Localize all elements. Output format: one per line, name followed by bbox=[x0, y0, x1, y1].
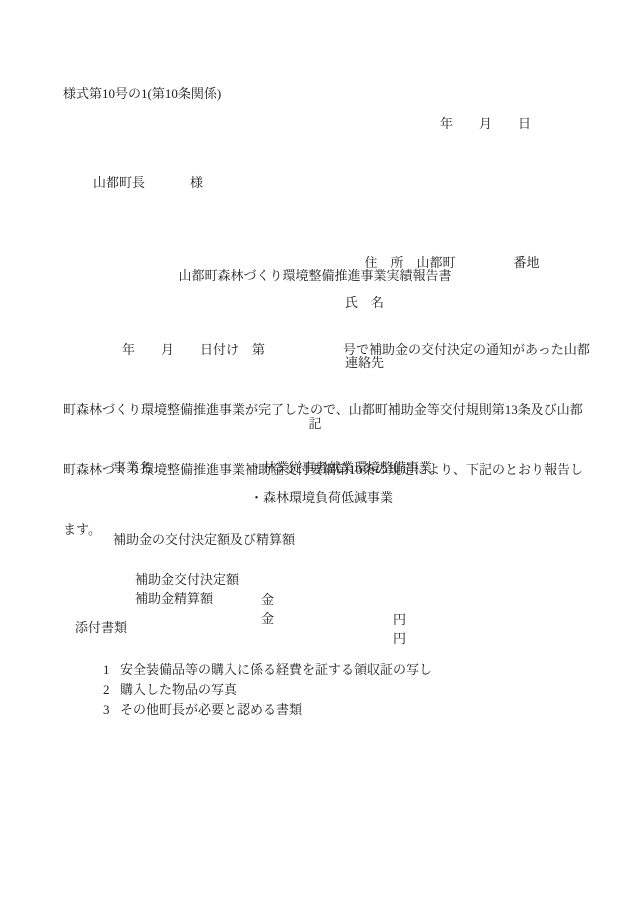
subsidy-row-label: 補助金精算額 bbox=[135, 589, 213, 609]
project-item: ・森林環境負荷低減事業 bbox=[250, 488, 393, 508]
currency-prefix: 金 bbox=[261, 609, 274, 629]
body-line: 年 月 日付け 第 号で補助金の交付決定の通知があった山都 bbox=[63, 340, 575, 360]
form-number: 様式第10号の1(第10条関係) bbox=[63, 84, 221, 104]
currency-prefix: 金 bbox=[261, 590, 274, 610]
project-name-label: 事業名 bbox=[113, 458, 152, 478]
project-item: ・林業従事者就業環境整備事業 bbox=[250, 458, 432, 478]
subsidy-row: 補助金精算額 金 円 bbox=[0, 569, 630, 589]
addressee-name: 山都町長 bbox=[93, 175, 145, 190]
record-marker: 記 bbox=[0, 414, 630, 434]
applicant-address-row: 住 所 山都町番地 bbox=[345, 233, 540, 253]
attachment-item: 3その他町長が必要と認める書類 bbox=[90, 680, 590, 700]
subsidy-row: 補助金交付決定額 金 円 bbox=[0, 550, 630, 570]
attachments-heading: 添付書類 bbox=[75, 618, 127, 638]
attachment-number: 3 bbox=[103, 700, 120, 720]
document-title: 山都町森林づくり環境整備推進事業実績報告書 bbox=[0, 266, 630, 286]
attachment-text: その他町長が必要と認める書類 bbox=[120, 702, 302, 717]
currency-unit: 円 bbox=[393, 610, 406, 630]
subsidy-heading: 補助金の交付決定額及び精算額 bbox=[113, 530, 295, 550]
attachment-item: 1安全装備品等の購入に係る経費を証する領収証の写し bbox=[90, 640, 590, 660]
attachment-item: 2購入した物品の写真 bbox=[90, 660, 590, 680]
addressee-honorific: 様 bbox=[190, 175, 203, 190]
document-page: 様式第10号の1(第10条関係) 年 月 日 山都町長様 住 所 山都町番地 氏… bbox=[0, 0, 630, 903]
issue-date-line: 年 月 日 bbox=[440, 114, 531, 134]
addressee-line: 山都町長様 bbox=[80, 153, 203, 213]
